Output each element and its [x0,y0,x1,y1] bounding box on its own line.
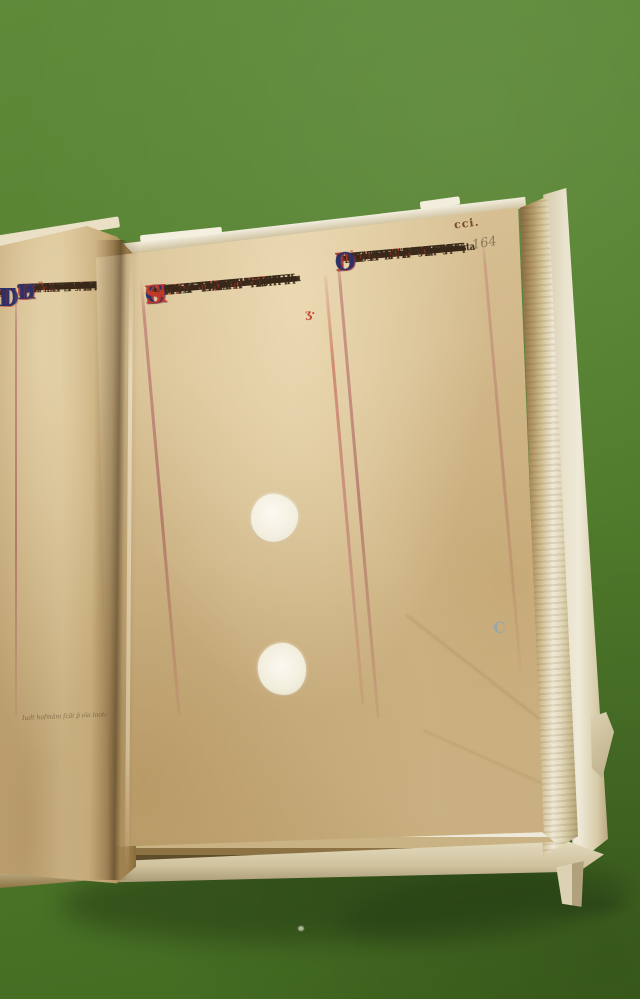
illuminated-initial: O [334,250,354,274]
penwork-border [481,232,522,671]
text-column-right: oīpotēcia maiestatistue grauit deliquiss… [336,240,481,253]
body-text: ut dum me famulū tui coīm [146,273,286,297]
text-line: Deus sub cui9 nutib9 scd̄a. p. [18,284,32,298]
right-page-text-block: ʒ· tui pro quo egrotante mi amtua iplora… [140,229,567,820]
right-page: cci. 164 ʒ· tui pro quo egrotante mi amt… [88,196,556,860]
manuscript-photo: mū.o:sretap.erusiaTrem̄oiēs.p̄āūretnsm.i… [0,0,640,999]
white-speck [298,926,304,931]
binding-cover-flap [588,712,614,778]
penwork-curl: ʒ· [305,307,316,321]
guide-letter: C [492,618,506,638]
folio-number-roman: cci. [453,216,480,232]
left-column-fragments: mū.o:sretap.erusiaTrem̄oiēs.p̄āūretnsm.i… [0,288,16,708]
illuminated-initial: D [0,286,16,309]
penwork-border [140,280,180,715]
text-line: Oīps sempitne ds qui me [336,251,355,266]
illuminated-initial: S [144,282,164,306]
penwork-border [15,284,17,716]
text-column-left: tui pro quo egrotante mi amtua iploram9 … [146,271,317,286]
illuminated-initial: D [17,283,33,303]
